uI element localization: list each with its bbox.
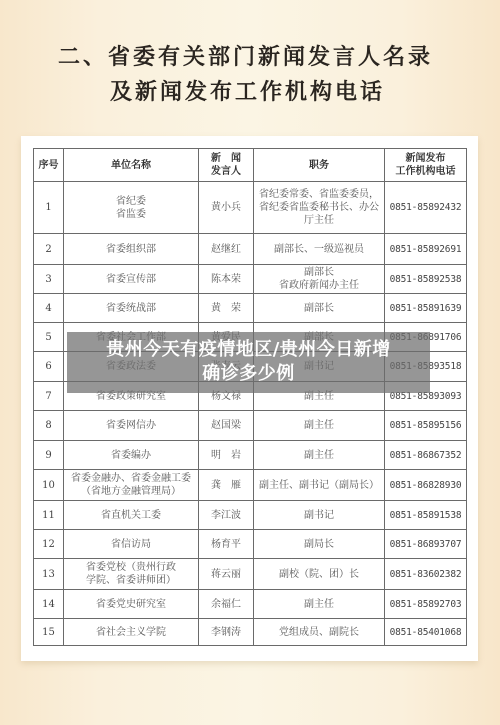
- cell-spokesperson-name: 赵国梁: [201, 419, 251, 432]
- spokesperson-table: 序号 单位名称 新 闻 发言人 职务 新闻发布 工作机构电话 1省纪委省监委黄小…: [33, 148, 467, 646]
- cell-spokesperson-name: 李钢涛: [201, 626, 251, 639]
- cell-seq-seq: 4: [36, 302, 61, 315]
- cell-phone-phone: 0851-85891639: [387, 302, 464, 315]
- cell-phone: 0851-85892703: [385, 590, 467, 619]
- cell-position: 副主任: [254, 411, 385, 441]
- table-row: 15省社会主义学院李钢涛党组成员、副院长0851-85401068: [34, 619, 467, 646]
- cell-unit-unit-l1: 省纪委: [66, 195, 196, 208]
- table-row: 2省委组织部赵继红副部长、一级巡视员0851-85892691: [34, 234, 467, 265]
- header-spokesperson: 新 闻 发言人: [199, 149, 254, 182]
- header-phone: 新闻发布 工作机构电话: [385, 149, 467, 182]
- cell-position-pos-l1: 党组成员、副院长: [256, 626, 382, 639]
- cell-unit-unit-l1: 省委组织部: [66, 243, 196, 256]
- cell-position: 副书记: [254, 501, 385, 530]
- cell-seq: 6: [34, 352, 64, 382]
- cell-seq: 12: [34, 530, 64, 559]
- cell-unit: 省委组织部: [64, 234, 199, 265]
- cell-unit: 省委网信办: [64, 411, 199, 441]
- cell-unit-unit-l1: 省委宣传部: [66, 273, 196, 286]
- cell-spokesperson-name: 余福仁: [201, 598, 251, 611]
- table-row: 9省委编办明 岩副主任0851-86867352: [34, 441, 467, 470]
- header-phone-line2: 工作机构电话: [387, 165, 464, 178]
- cell-spokesperson: 黄 荣: [199, 294, 254, 323]
- cell-seq: 10: [34, 470, 64, 501]
- cell-unit-unit-l2: 学院、省委讲师团）: [66, 574, 196, 587]
- header-seq: 序号: [34, 149, 64, 182]
- cell-phone-phone: 0851-86893707: [387, 538, 464, 551]
- cell-seq: 5: [34, 323, 64, 352]
- cell-phone: 0851-86867352: [385, 441, 467, 470]
- cell-unit-unit-l1: 省委编办: [66, 449, 196, 462]
- cell-spokesperson: 李钢涛: [199, 619, 254, 646]
- cell-phone: 0851-85891538: [385, 501, 467, 530]
- header-spokesperson-line1: 新 闻: [201, 152, 251, 165]
- cell-seq: 9: [34, 441, 64, 470]
- cell-position: 副部长省政府新闻办主任: [254, 265, 385, 294]
- table-row: 8省委网信办赵国梁副主任0851-85895156: [34, 411, 467, 441]
- cell-spokesperson-name: 陈本荣: [201, 273, 251, 286]
- cell-seq: 11: [34, 501, 64, 530]
- table-row: 14省委党史研究室余福仁副主任0851-85892703: [34, 590, 467, 619]
- cell-seq-seq: 13: [36, 568, 61, 581]
- cell-seq: 2: [34, 234, 64, 265]
- cell-phone-phone: 0851-85892691: [387, 243, 464, 256]
- document-title-line2: 及新闻发布工作机构电话: [110, 75, 385, 106]
- cell-position: 副主任: [254, 441, 385, 470]
- cell-unit: 省委宣传部: [64, 265, 199, 294]
- cell-spokesperson-name: 杨育平: [201, 538, 251, 551]
- cell-phone-phone: 0851-85401068: [387, 626, 464, 639]
- cell-position: 副部长、一级巡视员: [254, 234, 385, 265]
- cell-position: 党组成员、副院长: [254, 619, 385, 646]
- cell-seq-seq: 1: [36, 201, 61, 214]
- cell-spokesperson: 龚 雁: [199, 470, 254, 501]
- cell-unit: 省委党校（贵州行政学院、省委讲师团）: [64, 559, 199, 590]
- cell-seq: 8: [34, 411, 64, 441]
- cell-position: 副校（院、团）长: [254, 559, 385, 590]
- cell-phone: 0851-85892538: [385, 265, 467, 294]
- cell-unit-unit-l1: 省委金融办、省委金融工委: [66, 472, 196, 485]
- cell-seq-seq: 12: [36, 538, 61, 551]
- cell-position-pos-l2: 省政府新闻办主任: [256, 279, 382, 292]
- cell-phone-phone: 0851-85892703: [387, 598, 464, 611]
- table-row: 12省信访局杨育平副局长0851-86893707: [34, 530, 467, 559]
- cell-phone-phone: 0851-86867352: [387, 449, 464, 462]
- cell-phone: 0851-85891639: [385, 294, 467, 323]
- cell-spokesperson-name: 蒋云丽: [201, 568, 251, 581]
- cell-seq: 14: [34, 590, 64, 619]
- header-position: 职务: [254, 149, 385, 182]
- cell-spokesperson: 余福仁: [199, 590, 254, 619]
- cell-position-pos-l1: 副主任: [256, 449, 382, 462]
- table-row: 13省委党校（贵州行政学院、省委讲师团）蒋云丽副校（院、团）长0851-8360…: [34, 559, 467, 590]
- cell-spokesperson: 李江波: [199, 501, 254, 530]
- table-header-row: 序号 单位名称 新 闻 发言人 职务 新闻发布 工作机构电话: [34, 149, 467, 182]
- cell-unit-unit-l1: 省委网信办: [66, 419, 196, 432]
- cell-seq-seq: 8: [36, 419, 61, 432]
- cell-spokesperson-name: 黄小兵: [201, 201, 251, 214]
- cell-unit-unit-l2: 省监委: [66, 208, 196, 221]
- cell-position-pos-l1: 副部长: [256, 266, 382, 279]
- cell-phone-phone: 0851-85891538: [387, 509, 464, 522]
- cell-seq-seq: 5: [36, 331, 61, 344]
- cell-seq-seq: 10: [36, 479, 61, 492]
- cell-position: 副局长: [254, 530, 385, 559]
- cell-position-pos-l1: 副主任: [256, 598, 382, 611]
- cell-unit-unit-l1: 省信访局: [66, 538, 196, 551]
- cell-unit: 省委金融办、省委金融工委（省地方金融管理局）: [64, 470, 199, 501]
- cell-spokesperson: 杨育平: [199, 530, 254, 559]
- cell-seq-seq: 2: [36, 243, 61, 256]
- header-phone-line1: 新闻发布: [387, 152, 464, 165]
- cell-position: 副部长: [254, 294, 385, 323]
- cell-phone-phone: 0851-83602382: [387, 568, 464, 581]
- cell-phone: 0851-85401068: [385, 619, 467, 646]
- cell-spokesperson: 蒋云丽: [199, 559, 254, 590]
- cell-position-pos-l1: 省纪委常委、省监委委员，: [256, 188, 382, 201]
- table-card: 序号 单位名称 新 闻 发言人 职务 新闻发布 工作机构电话 1省纪委省监委黄小…: [21, 136, 478, 661]
- cell-position: 省纪委常委、省监委委员，省纪委省监委秘书长、办公厅主任: [254, 182, 385, 234]
- cell-phone: 0851-83602382: [385, 559, 467, 590]
- cell-unit: 省社会主义学院: [64, 619, 199, 646]
- table-row: 11省直机关工委李江波副书记0851-85891538: [34, 501, 467, 530]
- cell-seq: 3: [34, 265, 64, 294]
- cell-position-pos-l1: 副部长: [256, 302, 382, 315]
- document-title-line1: 二、省委有关部门新闻发言人名录: [58, 40, 433, 71]
- overlay-line2: 确诊多少例: [67, 362, 430, 386]
- cell-spokesperson-name: 龚 雁: [201, 479, 251, 492]
- cell-phone: 0851-85892691: [385, 234, 467, 265]
- cell-position-pos-l1: 副局长: [256, 538, 382, 551]
- cell-spokesperson: 明 岩: [199, 441, 254, 470]
- cell-phone-phone: 0851-85892432: [387, 201, 464, 214]
- cell-position-pos-l1: 副主任: [256, 419, 382, 432]
- cell-spokesperson: 赵国梁: [199, 411, 254, 441]
- cell-phone: 0851-85892432: [385, 182, 467, 234]
- cell-unit: 省委编办: [64, 441, 199, 470]
- cell-seq: 4: [34, 294, 64, 323]
- cell-seq: 7: [34, 382, 64, 411]
- cell-seq-seq: 7: [36, 390, 61, 403]
- cell-unit-unit-l1: 省委党校（贵州行政: [66, 561, 196, 574]
- cell-unit-unit-l1: 省直机关工委: [66, 509, 196, 522]
- cell-position: 副主任: [254, 590, 385, 619]
- header-spokesperson-line2: 发言人: [201, 165, 251, 178]
- cell-spokesperson: 黄小兵: [199, 182, 254, 234]
- cell-spokesperson: 赵继红: [199, 234, 254, 265]
- cell-unit-unit-l1: 省社会主义学院: [66, 626, 196, 639]
- cell-unit-unit-l1: 省委党史研究室: [66, 598, 196, 611]
- cell-seq-seq: 3: [36, 273, 61, 286]
- cell-phone-phone: 0851-86828930: [387, 479, 464, 492]
- cell-phone: 0851-85895156: [385, 411, 467, 441]
- cell-unit: 省信访局: [64, 530, 199, 559]
- table-row: 1省纪委省监委黄小兵省纪委常委、省监委委员，省纪委省监委秘书长、办公厅主任085…: [34, 182, 467, 234]
- cell-position-pos-l1: 副书记: [256, 509, 382, 522]
- cell-spokesperson-name: 黄 荣: [201, 302, 251, 315]
- table-row: 3省委宣传部陈本荣副部长省政府新闻办主任0851-85892538: [34, 265, 467, 294]
- cell-seq-seq: 6: [36, 360, 61, 373]
- cell-position: 副主任、副书记（副局长）: [254, 470, 385, 501]
- cell-unit-unit-l1: 省委统战部: [66, 302, 196, 315]
- cell-spokesperson-name: 明 岩: [201, 449, 251, 462]
- cell-phone-phone: 0851-85895156: [387, 419, 464, 432]
- cell-unit: 省委统战部: [64, 294, 199, 323]
- cell-unit: 省纪委省监委: [64, 182, 199, 234]
- cell-phone-phone: 0851-85892538: [387, 273, 464, 286]
- cell-position-pos-l1: 副主任、副书记（副局长）: [256, 479, 382, 492]
- cell-unit: 省委党史研究室: [64, 590, 199, 619]
- cell-seq: 13: [34, 559, 64, 590]
- header-unit: 单位名称: [64, 149, 199, 182]
- cell-seq-seq: 14: [36, 598, 61, 611]
- cell-position-pos-l2: 省纪委省监委秘书长、办公: [256, 201, 382, 214]
- table-row: 10省委金融办、省委金融工委（省地方金融管理局）龚 雁副主任、副书记（副局长）0…: [34, 470, 467, 501]
- cell-unit-unit-l2: （省地方金融管理局）: [66, 485, 196, 498]
- cell-seq: 15: [34, 619, 64, 646]
- cell-seq: 1: [34, 182, 64, 234]
- cell-position-pos-l3: 厅主任: [256, 214, 382, 227]
- cell-seq-seq: 9: [36, 449, 61, 462]
- table-row: 4省委统战部黄 荣副部长0851-85891639: [34, 294, 467, 323]
- cell-spokesperson-name: 李江波: [201, 509, 251, 522]
- headline-overlay-banner: 贵州今天有疫情地区/贵州今日新增 确诊多少例: [67, 332, 430, 393]
- cell-unit: 省直机关工委: [64, 501, 199, 530]
- cell-spokesperson: 陈本荣: [199, 265, 254, 294]
- cell-seq-seq: 11: [36, 509, 61, 522]
- cell-seq-seq: 15: [36, 626, 61, 639]
- cell-position-pos-l1: 副校（院、团）长: [256, 568, 382, 581]
- overlay-line1: 贵州今天有疫情地区/贵州今日新增: [67, 338, 430, 362]
- cell-phone: 0851-86893707: [385, 530, 467, 559]
- cell-position-pos-l1: 副部长、一级巡视员: [256, 243, 382, 256]
- cell-spokesperson-name: 赵继红: [201, 243, 251, 256]
- cell-phone: 0851-86828930: [385, 470, 467, 501]
